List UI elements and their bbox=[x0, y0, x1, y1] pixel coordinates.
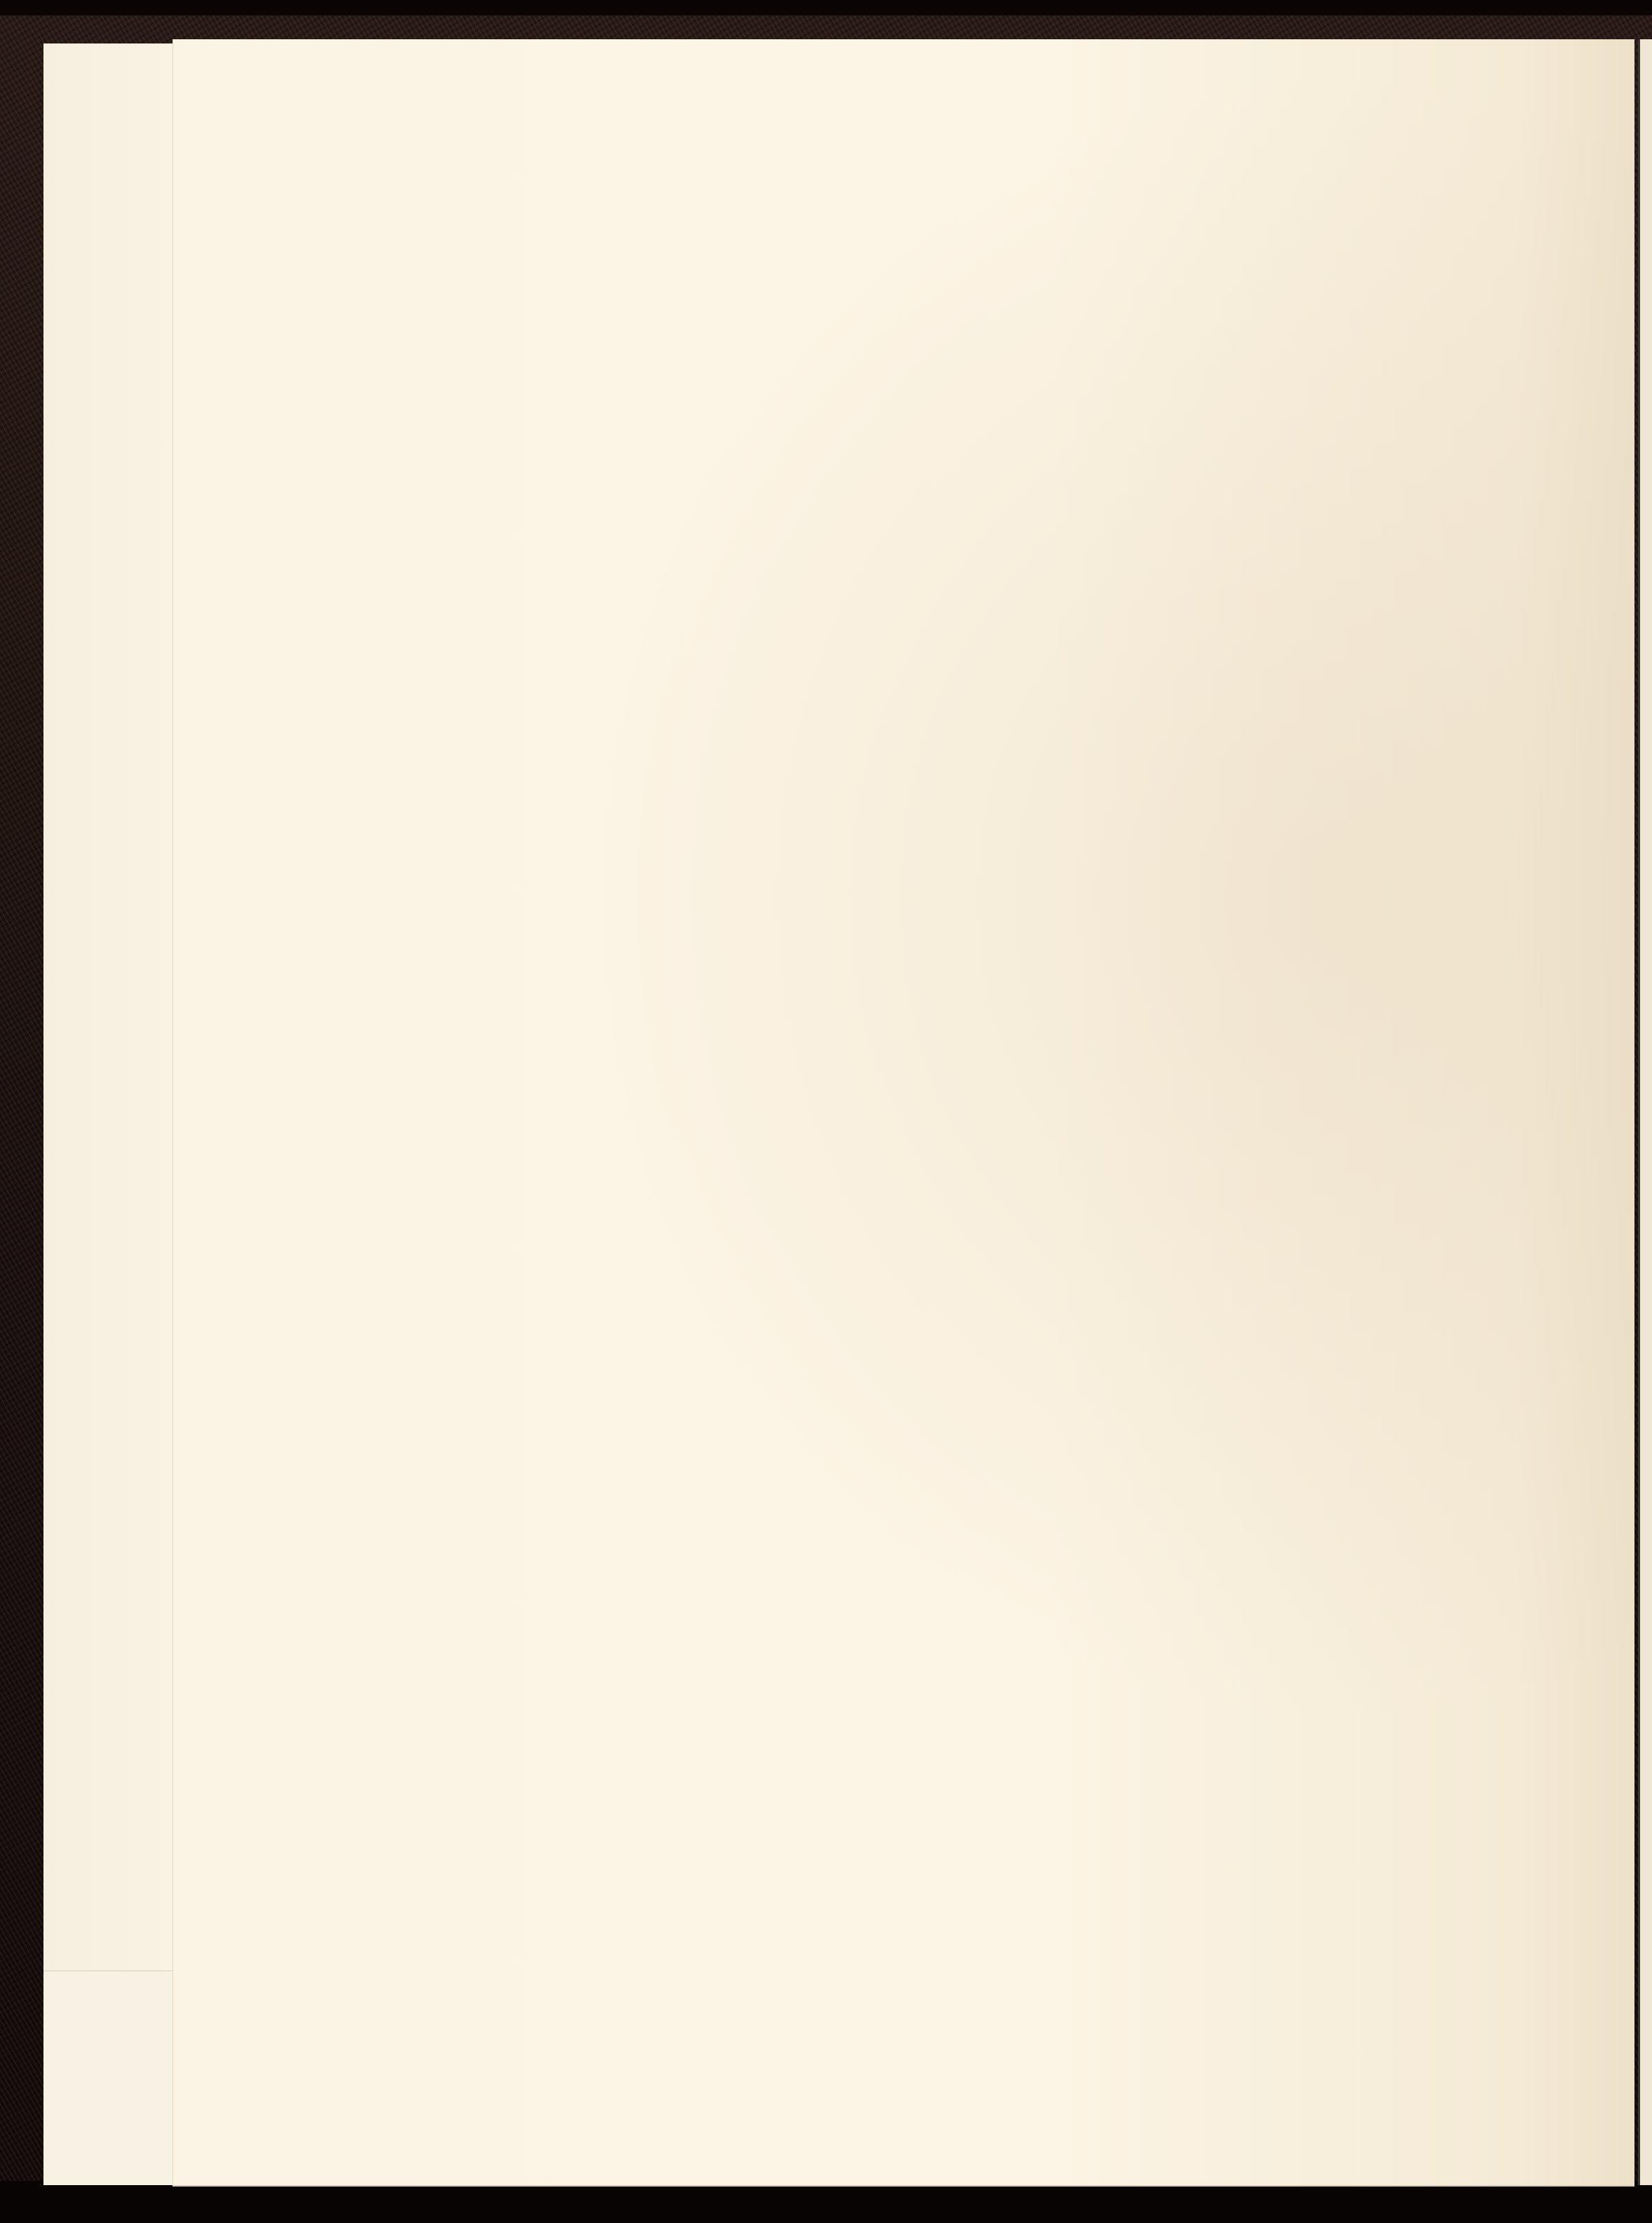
cover-top-edge bbox=[0, 0, 1652, 15]
blank-page bbox=[172, 39, 1634, 2185]
flyleaf-lower-strip bbox=[43, 1971, 174, 2185]
flyleaf-strip bbox=[43, 43, 184, 1972]
page-edge-strip bbox=[1640, 39, 1652, 2185]
cover-bottom-edge bbox=[0, 2181, 1652, 2223]
